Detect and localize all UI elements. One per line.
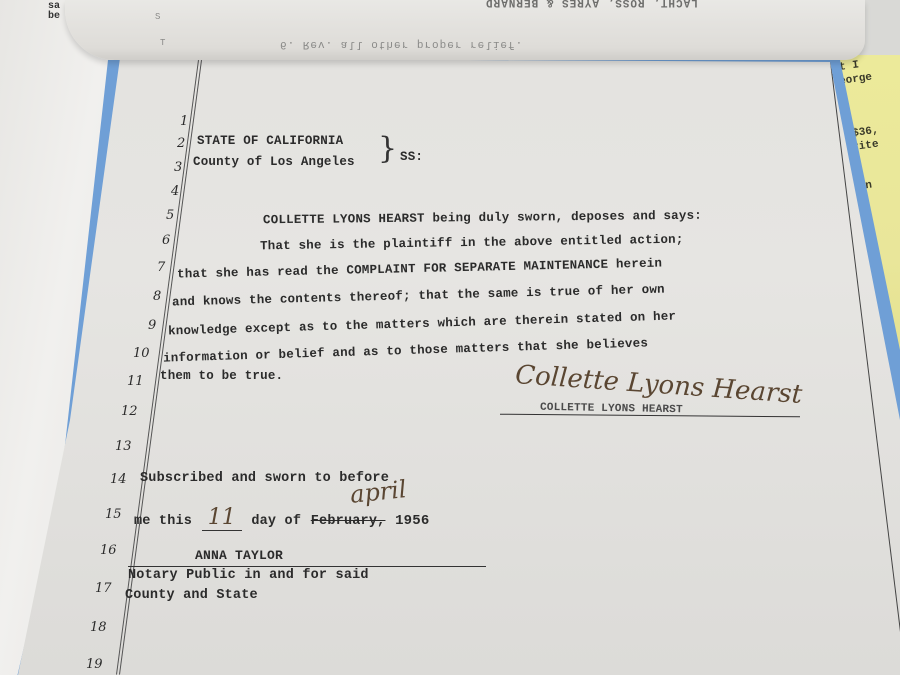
brace-icon: } <box>378 131 397 166</box>
line-number: 8 <box>153 289 161 304</box>
curled-previous-page: LACHT, ROSS, AYRES & BERNARD S T 6. Rev.… <box>65 0 865 60</box>
jurat-month-struck: February, <box>311 514 386 529</box>
body-line: that she has read the COMPLAINT FOR SEPA… <box>177 256 662 281</box>
line-number: 15 <box>105 507 122 522</box>
line-number: 14 <box>110 472 127 487</box>
jurat-day-of: day of <box>251 514 301 529</box>
curled-header: LACHT, ROSS, AYRES & BERNARD <box>485 0 698 8</box>
venue-ss: SS: <box>400 150 423 164</box>
body-line: and knows the contents thereof; that the… <box>172 283 665 310</box>
line-number: 1 <box>180 114 188 129</box>
line-number: 12 <box>121 404 138 419</box>
line-number: 9 <box>148 318 156 333</box>
line-number: 4 <box>171 184 179 199</box>
curled-line-mark: T <box>160 38 165 48</box>
line-number: 19 <box>86 657 103 672</box>
body-line: them to be true. <box>160 369 283 383</box>
affiant-typed-name: COLLETTE LYONS HEARST <box>540 402 683 416</box>
curled-mirrored-line: 6. Rev. all other proper relief. <box>280 38 523 50</box>
line-number: 2 <box>177 136 185 151</box>
jurat-year: 1956 <box>395 513 429 529</box>
body-line: information or belief and as to those ma… <box>163 336 648 365</box>
line-number: 11 <box>127 374 144 389</box>
venue-state: STATE OF CALIFORNIA <box>197 134 343 148</box>
line-number: 7 <box>157 260 165 275</box>
body-line: knowledge except as to the matters which… <box>168 309 676 338</box>
jurat-line-2: me this 11 day of February, 1956 <box>134 505 429 530</box>
notary-title-1: Notary Public in and for said <box>128 568 369 583</box>
curled-line-mark: S <box>155 12 160 22</box>
line-number: 16 <box>100 543 117 558</box>
notary-title-2: County and State <box>125 588 258 603</box>
notary-name: ANNA TAYLOR <box>195 548 283 563</box>
line-number: 18 <box>90 620 107 635</box>
document-page: 1 2 3 4 5 6 7 8 9 10 11 12 13 14 15 16 1… <box>0 0 900 675</box>
line-number: 17 <box>95 581 112 596</box>
background-sheet-fragment: sa be <box>48 2 60 22</box>
jurat-month-handwritten: april <box>349 475 408 509</box>
venue-county: County of Los Angeles <box>193 155 355 169</box>
line-number: 5 <box>166 208 174 223</box>
line-number: 3 <box>174 160 182 175</box>
notary-signature-line <box>128 566 486 567</box>
jurat-day: 11 <box>202 505 242 531</box>
jurat-prefix: me this <box>134 514 192 529</box>
line-number: 6 <box>162 233 170 248</box>
line-number: 10 <box>133 346 150 361</box>
fragment-text: be <box>48 12 60 22</box>
body-line: That she is the plaintiff in the above e… <box>260 233 684 254</box>
line-number: 13 <box>115 439 132 454</box>
body-line: COLLETTE LYONS HEARST being duly sworn, … <box>263 209 702 228</box>
